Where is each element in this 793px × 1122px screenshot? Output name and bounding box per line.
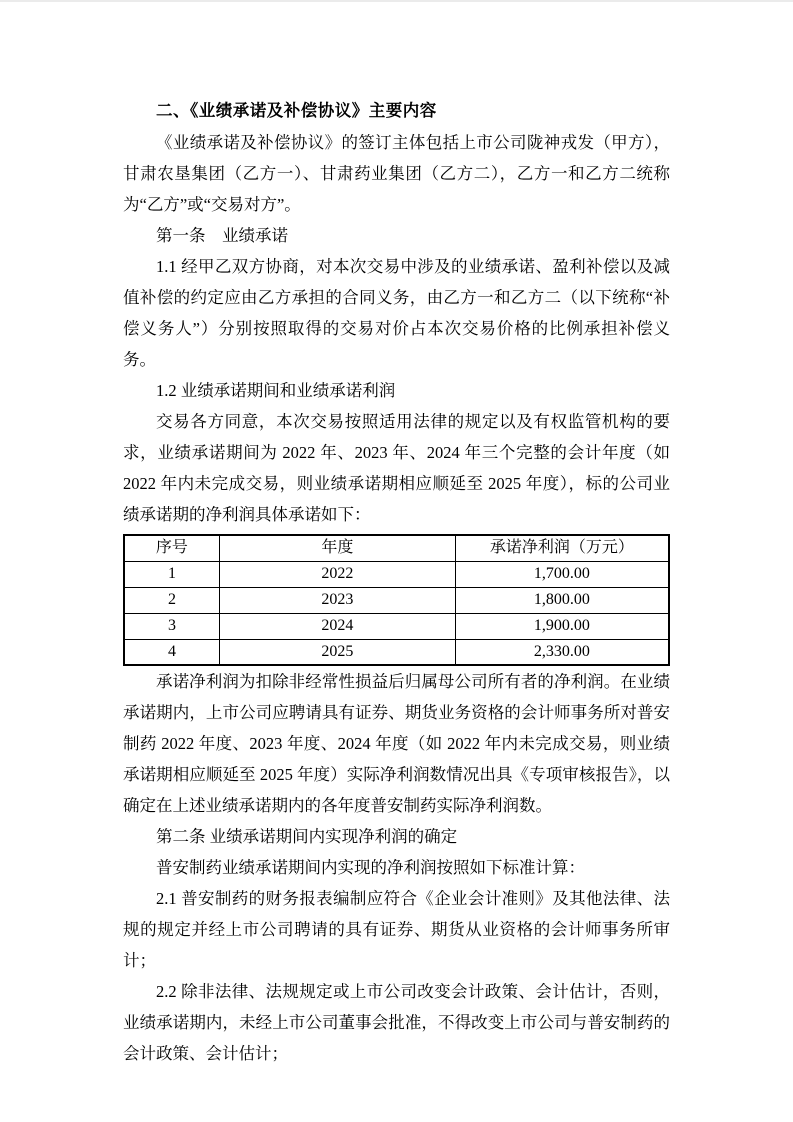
cell-net-profit: 1,900.00 [455,613,669,639]
paragraph-2-2: 2.2 除非法律、法规规定或上市公司改变会计政策、会计估计，否则，业绩承诺期内，… [123,976,670,1069]
table-row: 1 2022 1,700.00 [124,561,669,587]
cell-seq: 4 [124,639,219,665]
table-row: 2 2023 1,800.00 [124,587,669,613]
paragraph-intro: 《业绩承诺及补偿协议》的签订主体包括上市公司陇神戎发（甲方），甘肃农垦集团（乙方… [123,127,670,220]
document-page: 二、《业绩承诺及补偿协议》主要内容 《业绩承诺及补偿协议》的签订主体包括上市公司… [0,0,793,1122]
cell-seq: 2 [124,587,219,613]
table-header-row: 序号 年度 承诺净利润（万元） [124,535,669,561]
cell-seq: 1 [124,561,219,587]
page-top-edge [0,0,793,2]
clause-2-heading: 第二条 业绩承诺期间内实现净利润的确定 [123,821,670,852]
cell-net-profit: 1,700.00 [455,561,669,587]
clause-1-heading: 第一条 业绩承诺 [123,220,670,251]
paragraph-1-1: 1.1 经甲乙双方协商，对本次交易中涉及的业绩承诺、盈利补偿以及减值补偿的约定应… [123,251,670,375]
section-1-2-heading: 1.2 业绩承诺期间和业绩承诺利润 [123,375,670,406]
table-row: 3 2024 1,900.00 [124,613,669,639]
cell-net-profit: 1,800.00 [455,587,669,613]
table-row: 4 2025 2,330.00 [124,639,669,665]
cell-year: 2024 [219,613,455,639]
paragraph-net-profit-definition: 承诺净利润为扣除非经常性损益后归属母公司所有者的净利润。在业绩承诺期内，上市公司… [123,666,670,821]
table-header-seq: 序号 [124,535,219,561]
cell-year: 2025 [219,639,455,665]
paragraph-2-1: 2.1 普安制药的财务报表编制应符合《企业会计准则》及其他法律、法规的规定并经上… [123,883,670,976]
document-title: 二、《业绩承诺及补偿协议》主要内容 [123,96,670,127]
cell-year: 2022 [219,561,455,587]
paragraph-commitment-period: 交易各方同意，本次交易按照适用法律的规定以及有权监管机构的要求，业绩承诺期间为 … [123,406,670,530]
cell-net-profit: 2,330.00 [455,639,669,665]
document-content: 二、《业绩承诺及补偿协议》主要内容 《业绩承诺及补偿协议》的签订主体包括上市公司… [123,96,670,1069]
table-header-net-profit: 承诺净利润（万元） [455,535,669,561]
paragraph-calculation-intro: 普安制药业绩承诺期间内实现的净利润按照如下标准计算： [123,852,670,883]
table-header-year: 年度 [219,535,455,561]
cell-year: 2023 [219,587,455,613]
profit-commitment-table: 序号 年度 承诺净利润（万元） 1 2022 1,700.00 2 2023 1… [123,534,670,666]
cell-seq: 3 [124,613,219,639]
